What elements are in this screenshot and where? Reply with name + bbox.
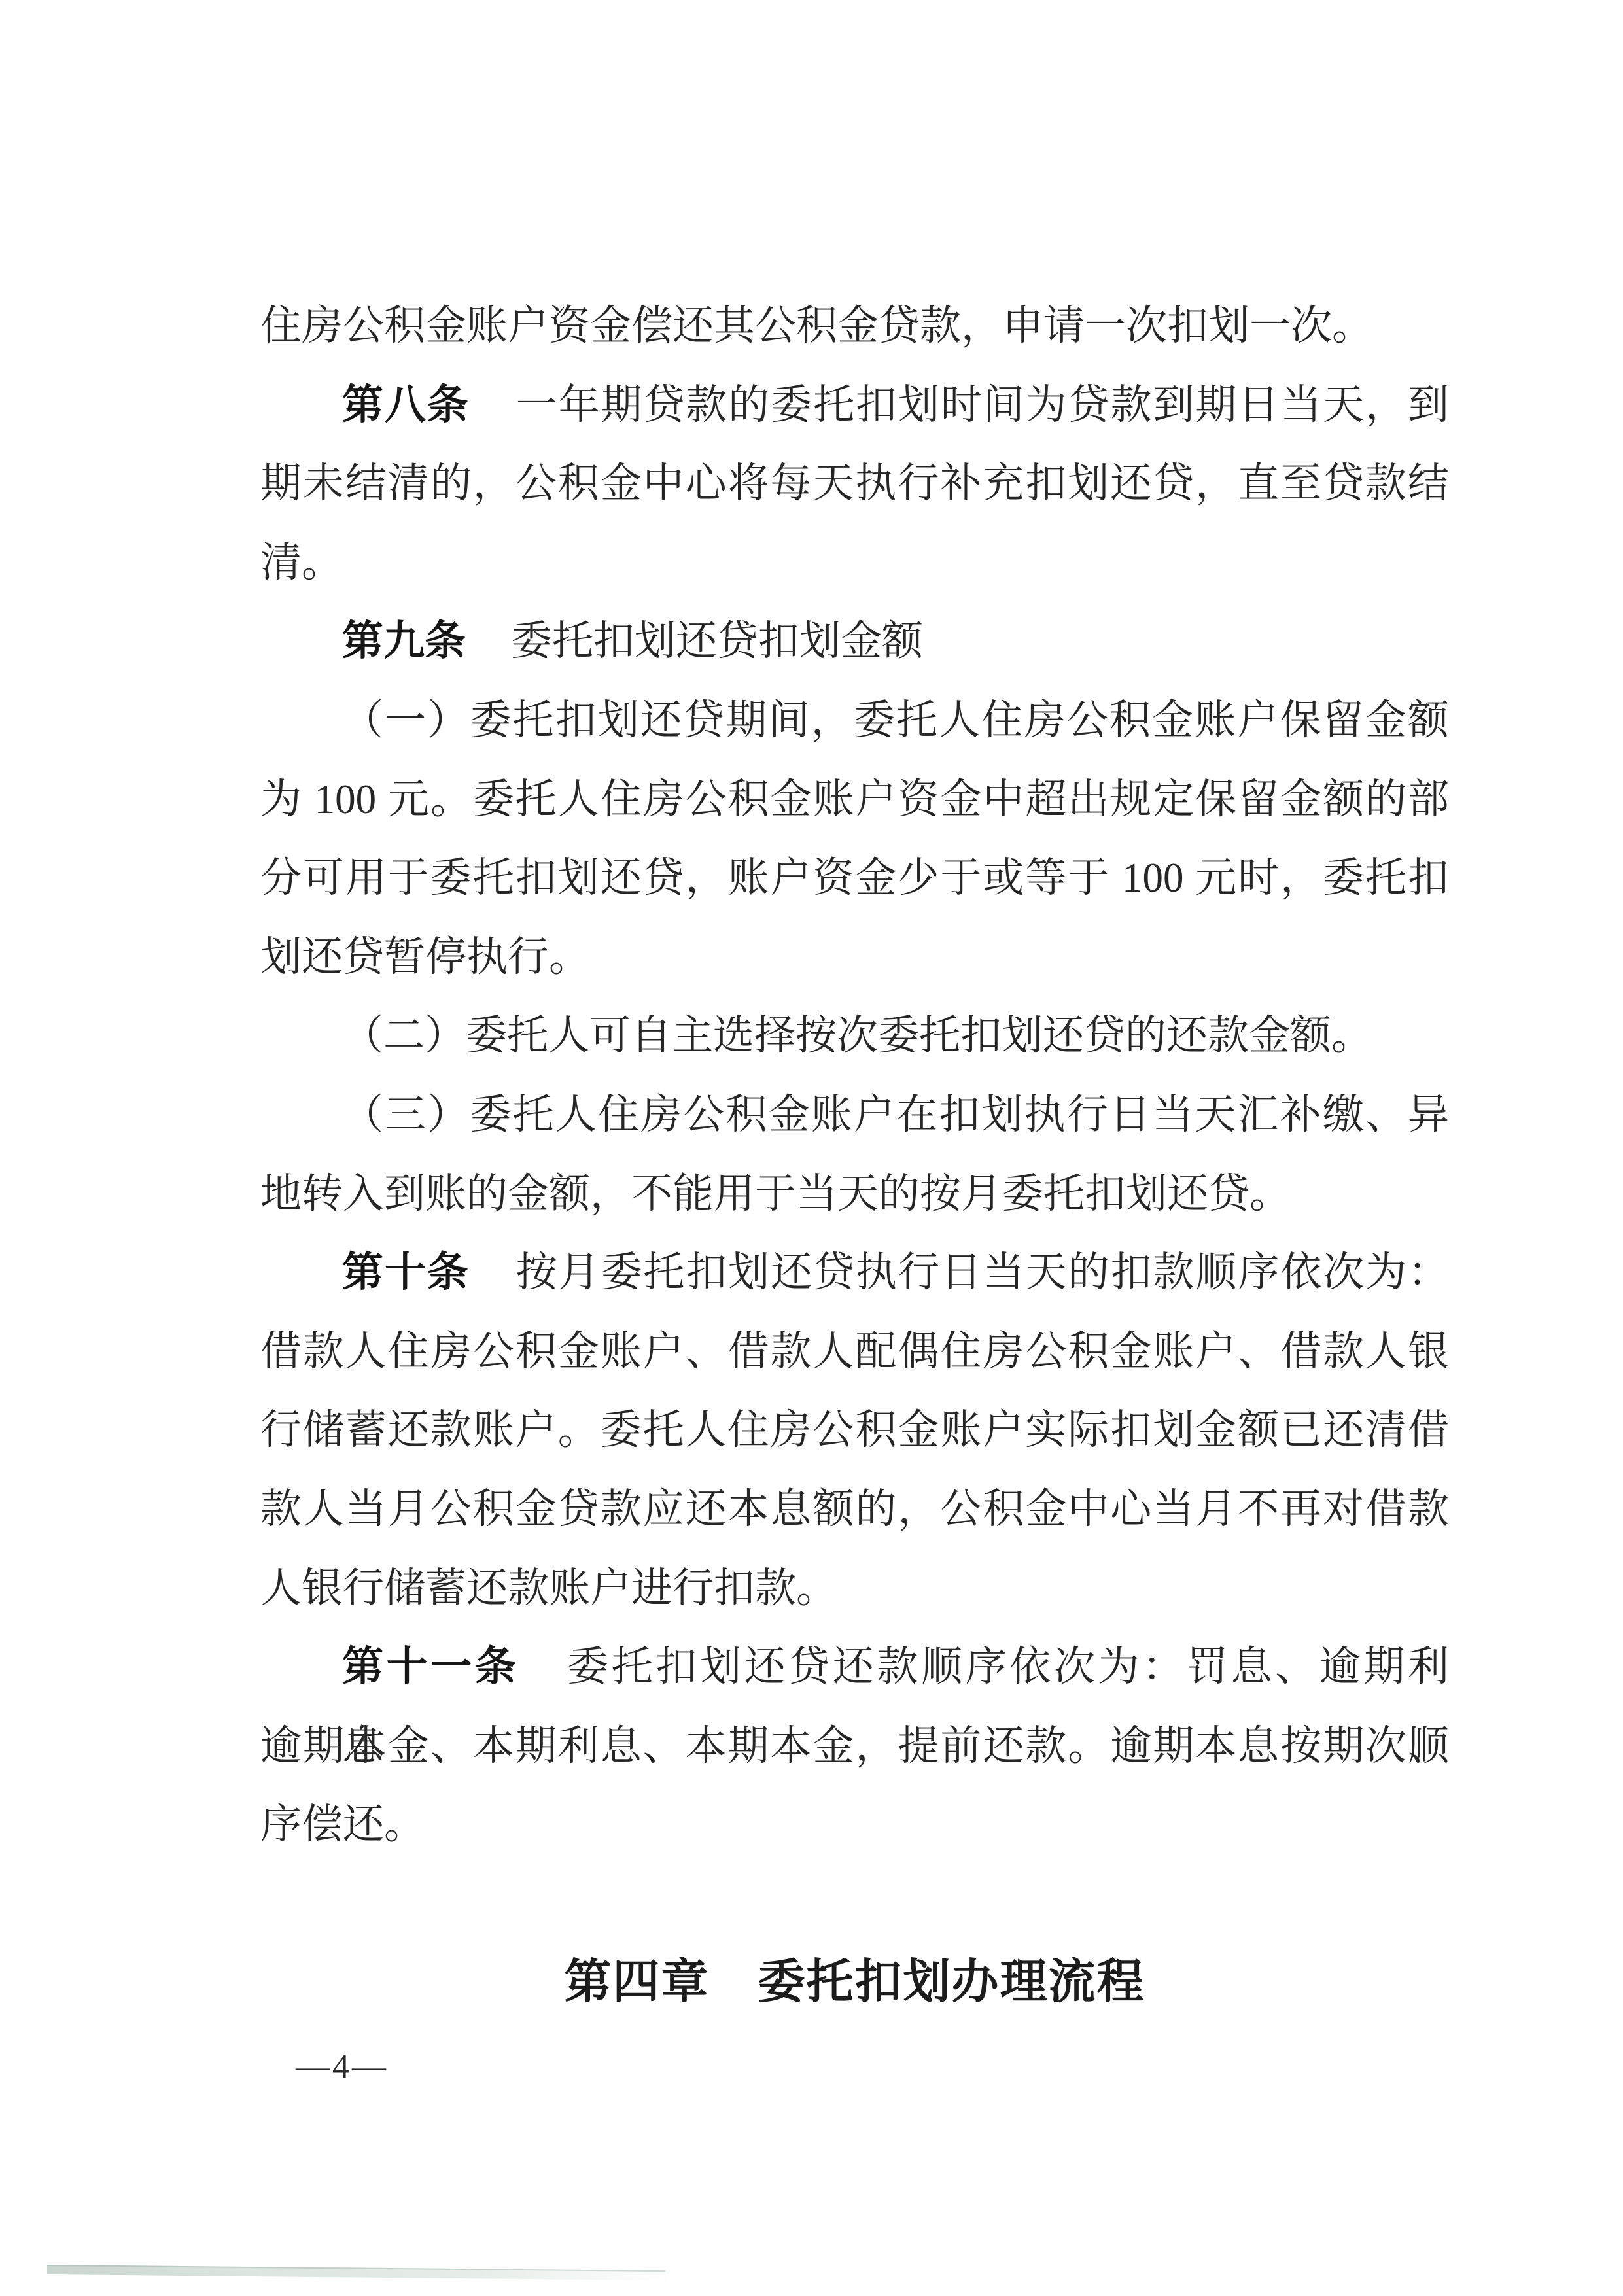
- document-body: 住房公积金账户资金偿还其公积金贷款，申请一次扣划一次。第八条 一年期贷款的委托扣…: [260, 287, 1449, 1864]
- line-text: 委托扣划还贷扣划金额: [470, 618, 923, 664]
- line-text: 为 100 元。委托人住房公积金账户资金中超出规定保留金额的部: [260, 776, 1449, 822]
- text-line-6: （一）委托扣划还贷期间，委托人住房公积金账户保留金额: [260, 681, 1449, 760]
- line-text: 行储蓄还款账户。委托人住房公积金账户实际扣划金额已还清借: [260, 1407, 1449, 1453]
- article-number: 第十一条: [342, 1644, 519, 1690]
- text-line-3: 期未结清的，公积金中心将每天执行补充扣划还贷，直至贷款结: [260, 444, 1449, 523]
- article-number: 第十条: [342, 1249, 470, 1295]
- line-text: 逾期本金、本期利息、本期本金，提前还款。逾期本息按期次顺: [260, 1723, 1449, 1769]
- line-text: 期未结清的，公积金中心将每天执行补充扣划还贷，直至贷款结: [260, 461, 1449, 506]
- text-line-20: 序偿还。: [260, 1785, 1449, 1864]
- text-line-14: 借款人住房公积金账户、借款人配偶住房公积金账户、借款人银: [260, 1312, 1449, 1391]
- text-line-1: 住房公积金账户资金偿还其公积金贷款，申请一次扣划一次。: [260, 287, 1449, 366]
- text-line-10: （二）委托人可自主选择按次委托扣划还贷的还款金额。: [260, 996, 1449, 1075]
- line-text: 一年期贷款的委托扣划时间为贷款到期日当天，到: [474, 382, 1449, 428]
- text-line-15: 行储蓄还款账户。委托人住房公积金账户实际扣划金额已还清借: [260, 1391, 1449, 1470]
- text-line-18: 第十一条 委托扣划还贷还款顺序依次为：罚息、逾期利息、: [260, 1627, 1449, 1707]
- text-line-16: 款人当月公积金贷款应还本息额的，公积金中心当月不再对借款: [260, 1470, 1449, 1549]
- line-text: 序偿还。: [260, 1801, 425, 1847]
- line-text: 人银行储蓄还款账户进行扣款。: [260, 1565, 837, 1611]
- line-text: 款人当月公积金贷款应还本息额的，公积金中心当月不再对借款: [260, 1486, 1449, 1532]
- line-text: 借款人住房公积金账户、借款人配偶住房公积金账户、借款人银: [260, 1329, 1449, 1374]
- line-text: （二）委托人可自主选择按次委托扣划还贷的还款金额。: [342, 1013, 1372, 1058]
- chapter-heading: 第四章 委托扣划办理流程: [260, 1939, 1449, 2025]
- scan-edge-artifact: [47, 2265, 665, 2280]
- text-line-11: （三）委托人住房公积金账户在扣划执行日当天汇补缴、异: [260, 1075, 1449, 1155]
- text-line-9: 划还贷暂停执行。: [260, 918, 1449, 997]
- line-text: 住房公积金账户资金偿还其公积金贷款，申请一次扣划一次。: [260, 303, 1373, 349]
- text-line-8: 分可用于委托扣划还贷，账户资金少于或等于 100 元时，委托扣: [260, 839, 1449, 918]
- article-number: 第八条: [342, 382, 470, 428]
- text-line-7: 为 100 元。委托人住房公积金账户资金中超出规定保留金额的部: [260, 760, 1449, 839]
- text-line-4: 清。: [260, 523, 1449, 602]
- document-page: 住房公积金账户资金偿还其公积金贷款，申请一次扣划一次。第八条 一年期贷款的委托扣…: [0, 0, 1623, 2296]
- article-number: 第九条: [342, 618, 466, 664]
- line-text: （三）委托人住房公积金账户在扣划执行日当天汇补缴、异: [342, 1092, 1449, 1138]
- text-line-19: 逾期本金、本期利息、本期本金，提前还款。逾期本息按期次顺: [260, 1707, 1449, 1786]
- line-text: 分可用于委托扣划还贷，账户资金少于或等于 100 元时，委托扣: [260, 855, 1449, 901]
- text-line-12: 地转入到账的金额，不能用于当天的按月委托扣划还贷。: [260, 1155, 1449, 1234]
- line-text: 划还贷暂停执行。: [260, 934, 590, 980]
- line-text: 清。: [260, 540, 343, 585]
- line-text: 地转入到账的金额，不能用于当天的按月委托扣划还贷。: [260, 1171, 1291, 1217]
- text-line-13: 第十条 按月委托扣划还贷执行日当天的扣款顺序依次为：: [260, 1233, 1449, 1312]
- line-text: （一）委托扣划还贷期间，委托人住房公积金账户保留金额: [342, 697, 1449, 743]
- page-number: —4—: [296, 2046, 389, 2088]
- line-text: 按月委托扣划还贷执行日当天的扣款顺序依次为：: [474, 1249, 1449, 1295]
- text-line-17: 人银行储蓄还款账户进行扣款。: [260, 1549, 1449, 1628]
- text-line-2: 第八条 一年期贷款的委托扣划时间为贷款到期日当天，到: [260, 366, 1449, 445]
- text-line-5: 第九条 委托扣划还贷扣划金额: [260, 602, 1449, 681]
